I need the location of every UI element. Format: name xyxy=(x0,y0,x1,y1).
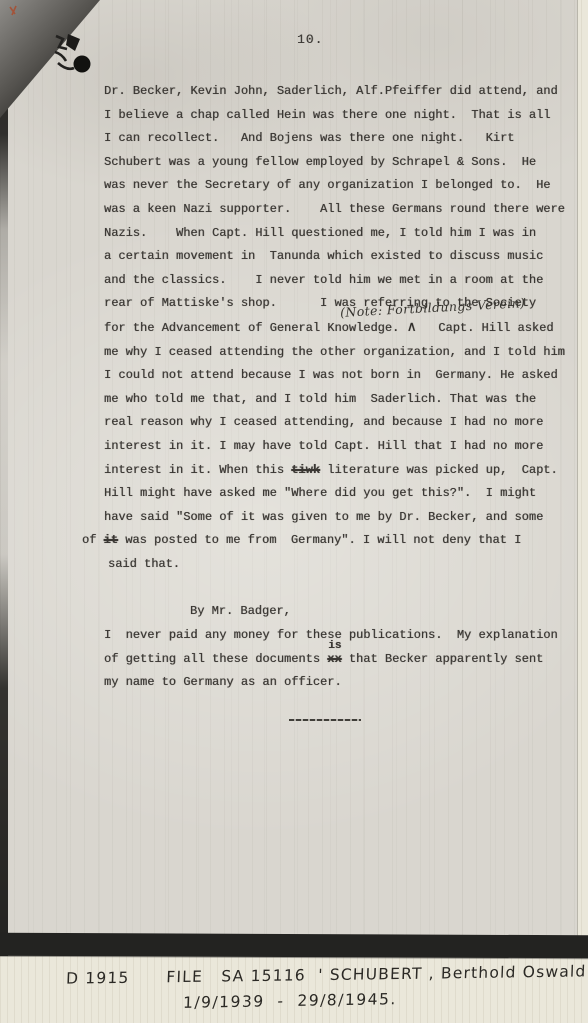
ink-blot xyxy=(74,56,91,73)
typed-line: my name to Germany as an officer. xyxy=(104,671,580,695)
typed-line: said that. xyxy=(108,553,580,577)
corner-art xyxy=(0,0,130,135)
typed-line: Dr. Becker, Kevin John, Saderlich, Alf.P… xyxy=(104,80,580,104)
typed-line: I could not attend because I was not bor… xyxy=(104,364,580,388)
typed-line: of it was posted to me from Germany". I … xyxy=(82,529,580,553)
ink-smudge xyxy=(66,34,80,51)
typed-line: me who told me that, and I told him Sade… xyxy=(104,388,580,412)
typed-line: Nazis. When Capt. Hill questioned me, I … xyxy=(104,222,580,246)
typed-text-block: Dr. Becker, Kevin John, Saderlich, Alf.P… xyxy=(104,80,580,695)
typed-line: I never paid any money for these publica… xyxy=(104,624,580,648)
typed-line: and the classics. I never told him we me… xyxy=(104,269,580,293)
typed-line: interest in it. When this tiwk literatur… xyxy=(104,459,580,483)
typed-line: me why I ceased attending the other orga… xyxy=(104,341,580,365)
pen-scribble xyxy=(58,63,74,69)
typed-line: was a keen Nazi supporter. All these Ger… xyxy=(104,198,580,222)
typed-line: Hill might have asked me "Where did you … xyxy=(104,482,580,506)
page-number: 10. xyxy=(297,32,323,47)
separator-line xyxy=(289,719,361,721)
typed-line: By Mr. Badger, xyxy=(190,600,580,624)
typed-line: was never the Secretary of any organizat… xyxy=(104,174,580,198)
typed-line: real reason why I ceased attending, and … xyxy=(104,411,580,435)
photocopy-page: 10. Dr. Becker, Kevin John, Saderlich, A… xyxy=(0,0,578,956)
file-caption-line2: 1/9/1939 - 29/8/1945. xyxy=(183,990,397,1012)
copier-band xyxy=(0,933,588,959)
copier-edge-left xyxy=(0,0,8,956)
typed-line: have said "Some of it was given to me by… xyxy=(104,506,580,530)
typed-line: interest in it. I may have told Capt. Hi… xyxy=(104,435,580,459)
typed-line: I can recollect. And Bojens was there on… xyxy=(104,127,580,151)
pen-scribble xyxy=(55,52,66,61)
typed-line: of getting all these documents xxis that… xyxy=(104,648,580,672)
typed-line: Schubert was a young fellow employed by … xyxy=(104,151,580,175)
typed-correction: is xyxy=(328,641,341,652)
typed-line: a certain movement in Tanunda which exis… xyxy=(104,245,580,269)
typed-line: I believe a chap called Hein was there o… xyxy=(104,104,580,128)
